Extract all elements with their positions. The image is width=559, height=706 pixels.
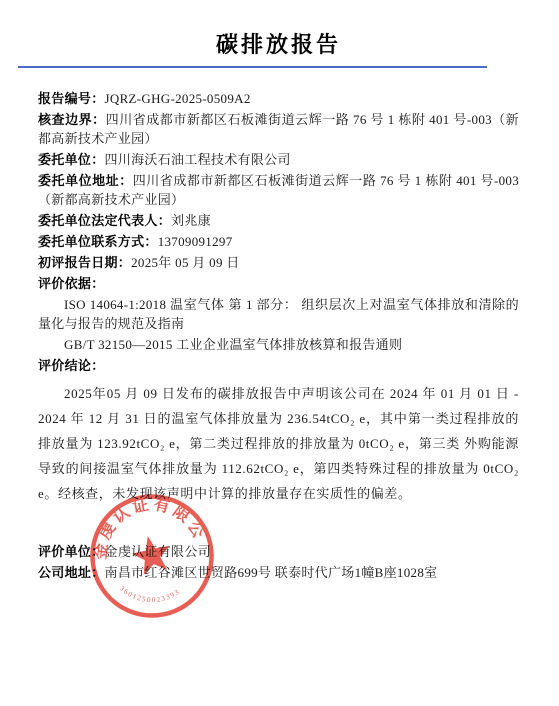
field-value: 四川省成都市新都区石板滩街道云辉一路 76 号 1 栋附 401 号-003（新… [38, 112, 519, 146]
basis-item-iso: ISO 14064-1:2018 温室气体 第 1 部分： 组织层次上对温室气体… [38, 295, 519, 333]
field-label: 报告编号： [38, 91, 105, 106]
field-label: 委托单位法定代表人： [38, 213, 171, 228]
field-label: 委托单位： [38, 152, 105, 167]
field-value: 南昌市红谷滩区世贸路699号 联泰时代广场1幢B座1028室 [105, 565, 438, 580]
field-value: JQRZ-GHG-2025-0509A2 [105, 91, 251, 106]
field-label: 核查边界： [38, 112, 106, 127]
basis-label: 评价依据： [38, 274, 519, 293]
field-report-number: 报告编号：JQRZ-GHG-2025-0509A2 [38, 89, 519, 108]
field-value: 四川海沃石油工程技术有限公司 [105, 152, 291, 167]
field-client-address: 委托单位地址：四川省成都市新都区石板滩街道云辉一路 76 号 1 栋附 401 … [38, 171, 519, 209]
footer-section: 评价单位：金虔认证有限公司 公司地址：南昌市红谷滩区世贸路699号 联泰时代广场… [38, 542, 519, 583]
basis-item-gbt: GB/T 32150—2015 工业企业温室气体排放核算和报告通则 [38, 335, 519, 354]
field-value: 2025年 05 月 09 日 [131, 255, 240, 270]
field-label: 评价单位： [38, 544, 105, 559]
field-value: 刘兆康 [171, 213, 211, 228]
field-evaluation-unit: 评价单位：金虔认证有限公司 [38, 542, 519, 562]
field-contact-number: 委托单位联系方式：13709091297 [38, 232, 519, 251]
field-label: 初评报告日期： [38, 255, 131, 270]
evaluation-basis-section: 评价依据： ISO 14064-1:2018 温室气体 第 1 部分： 组织层次… [38, 274, 519, 354]
field-client-unit: 委托单位：四川海沃石油工程技术有限公司 [38, 150, 519, 169]
field-verification-boundary: 核查边界：四川省成都市新都区石板滩街道云辉一路 76 号 1 栋附 401 号-… [38, 110, 519, 148]
conclusion-label: 评价结论： [38, 356, 519, 375]
field-label: 委托单位地址： [38, 173, 133, 188]
field-label: 委托单位联系方式： [38, 234, 158, 249]
field-initial-report-date: 初评报告日期：2025年 05 月 09 日 [38, 253, 519, 272]
page-title: 碳排放报告 [38, 30, 519, 60]
field-company-address: 公司地址：南昌市红谷滩区世贸路699号 联泰时代广场1幢B座1028室 [38, 563, 519, 583]
report-page: 碳排放报告 报告编号：JQRZ-GHG-2025-0509A2 核查边界：四川省… [0, 0, 559, 706]
field-value: 13709091297 [158, 234, 233, 249]
evaluation-conclusion-section: 评价结论： 2025年05 月 09 日发布的碳排放报告中声明该公司在 2024… [38, 356, 519, 506]
field-value: 金虔认证有限公司 [105, 544, 211, 559]
report-fields: 报告编号：JQRZ-GHG-2025-0509A2 核查边界：四川省成都市新都区… [38, 89, 519, 272]
title-divider [18, 66, 487, 68]
field-label: 公司地址： [38, 565, 105, 580]
conclusion-paragraph: 2025年05 月 09 日发布的碳排放报告中声明该公司在 2024 年 01 … [38, 381, 519, 506]
field-legal-representative: 委托单位法定代表人：刘兆康 [38, 211, 519, 230]
